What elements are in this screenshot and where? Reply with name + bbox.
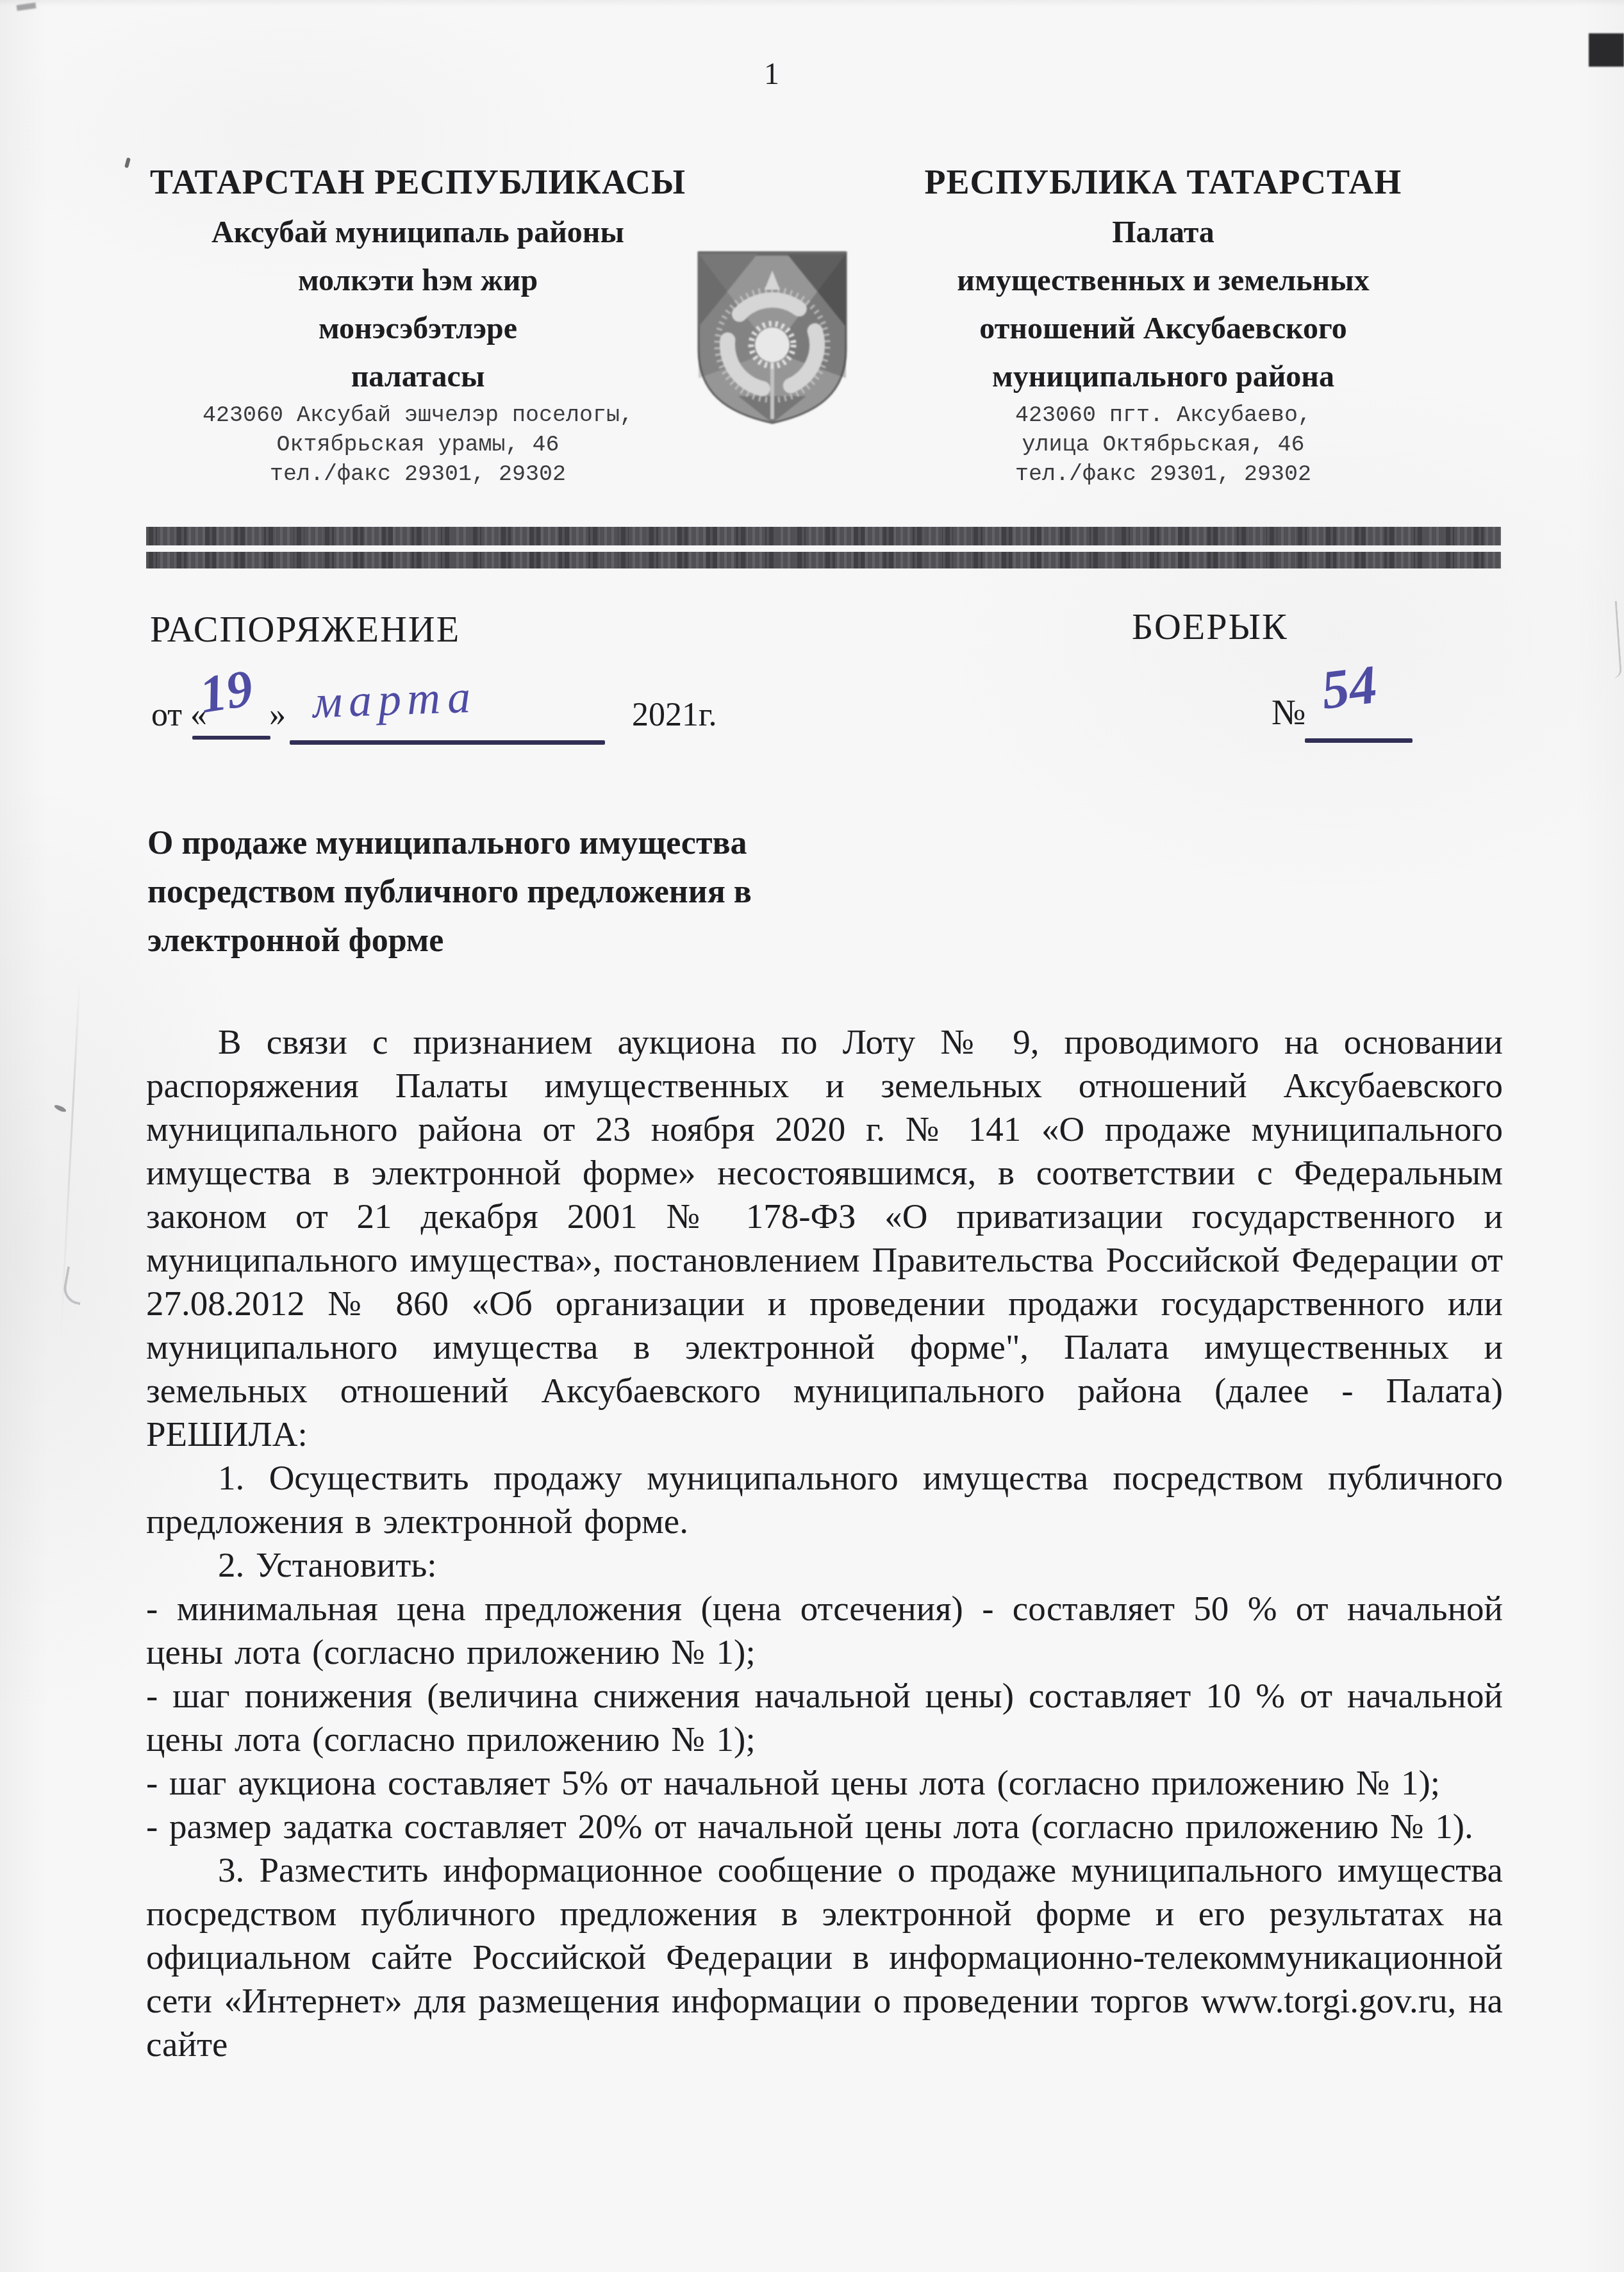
scan-artifact-corner-block <box>1589 33 1624 67</box>
divider-rule-top <box>146 527 1501 545</box>
scan-artifact-right-curl <box>1606 601 1622 679</box>
coat-of-arms-shield <box>693 249 851 426</box>
letterhead-right-address-line: улица Октябрьская, 46 <box>875 430 1452 460</box>
document-page: 1 ТАТАРСТАН РЕСПУБЛИКАСЫ Аксубай муницип… <box>0 0 1624 2272</box>
date-prefix: от « <box>151 696 207 734</box>
paragraph-item-1: 1. Осуществить продажу муниципального им… <box>146 1456 1503 1543</box>
number-underline <box>1305 738 1413 743</box>
month-underline <box>290 740 605 745</box>
letterhead-right-org-line: имущественных и земельных <box>875 256 1452 304</box>
handwritten-day: 19 <box>195 658 257 726</box>
letterhead-right-republic: РЕСПУБЛИКА ТАТАРСТАН <box>875 156 1452 208</box>
letterhead-left-org-line: молкэти һэм жир <box>129 256 706 304</box>
page-number: 1 <box>764 56 779 92</box>
letterhead-left-republic: ТАТАРСТАН РЕСПУБЛИКАСЫ <box>129 156 706 208</box>
day-underline <box>192 736 270 740</box>
letterhead-right-org-line: муниципального района <box>875 352 1452 401</box>
letterhead-left-phone: тел./факс 29301, 29302 <box>129 460 706 489</box>
letterhead-right-address-line: 423060 пгт. Аксубаево, <box>875 401 1452 430</box>
subject-line: посредством публичного предложения в <box>147 868 1045 916</box>
letterhead-right-phone: тел./факс 29301, 29302 <box>875 460 1452 489</box>
coat-of-arms <box>693 249 851 426</box>
scan-artifact-top-left-dash <box>17 3 37 11</box>
handwritten-month: марта <box>312 670 478 729</box>
subject-line: электронной форме <box>147 916 1045 965</box>
scan-artifact-speck <box>53 1104 67 1113</box>
paragraph-item-2: 2. Установить: <box>146 1543 1503 1587</box>
paragraph-bullet-deposit: - размер задатка составляет 20% от начал… <box>146 1805 1503 1848</box>
letterhead-left-address-line: Октябрьская урамы, 46 <box>129 430 706 460</box>
letterhead-right-org-line: отношений Аксубаевского <box>875 304 1452 352</box>
doc-type-tatar: БОЕРЫК <box>1132 605 1288 648</box>
paragraph-preamble: В связи с признанием аукциона по Лоту № … <box>146 1020 1503 1456</box>
letterhead-left-org-line: монэсэбэтлэре <box>129 304 706 352</box>
divider-rule-bottom <box>146 552 1501 568</box>
handwritten-number: 54 <box>1318 652 1380 722</box>
letterhead-right-column: РЕСПУБЛИКА ТАТАРСТАН Палата имущественны… <box>875 156 1452 489</box>
date-year: 2021г. <box>632 696 717 734</box>
subject-title: О продаже муниципального имущества посре… <box>147 819 1045 965</box>
date-close-quote: » <box>269 696 286 734</box>
letterhead-left-address-line: 423060 Аксубай эшчелэр поселогы, <box>129 401 706 430</box>
letterhead-left-org-line: палатасы <box>129 352 706 401</box>
letterhead-left-org-line: Аксубай муниципаль районы <box>129 208 706 256</box>
paragraph-item-3: 3. Разместить информационное сообщение о… <box>146 1848 1503 2066</box>
letterhead-left-column: ТАТАРСТАН РЕСПУБЛИКАСЫ Аксубай муниципал… <box>129 156 706 489</box>
doc-type-russian: РАСПОРЯЖЕНИЕ <box>150 608 460 651</box>
subject-line: О продаже муниципального имущества <box>147 819 1045 868</box>
paragraph-bullet-step-down: - шаг понижения (величина снижения начал… <box>146 1674 1503 1761</box>
number-sign: № <box>1272 692 1305 733</box>
paragraph-bullet-min-price: - минимальная цена предложения (цена отс… <box>146 1587 1503 1674</box>
body-text: В связи с признанием аукциона по Лоту № … <box>146 1020 1503 2066</box>
letterhead-right-org-line: Палата <box>875 208 1452 256</box>
paragraph-bullet-auction-step: - шаг аукциона составляет 5% от начально… <box>146 1761 1503 1805</box>
